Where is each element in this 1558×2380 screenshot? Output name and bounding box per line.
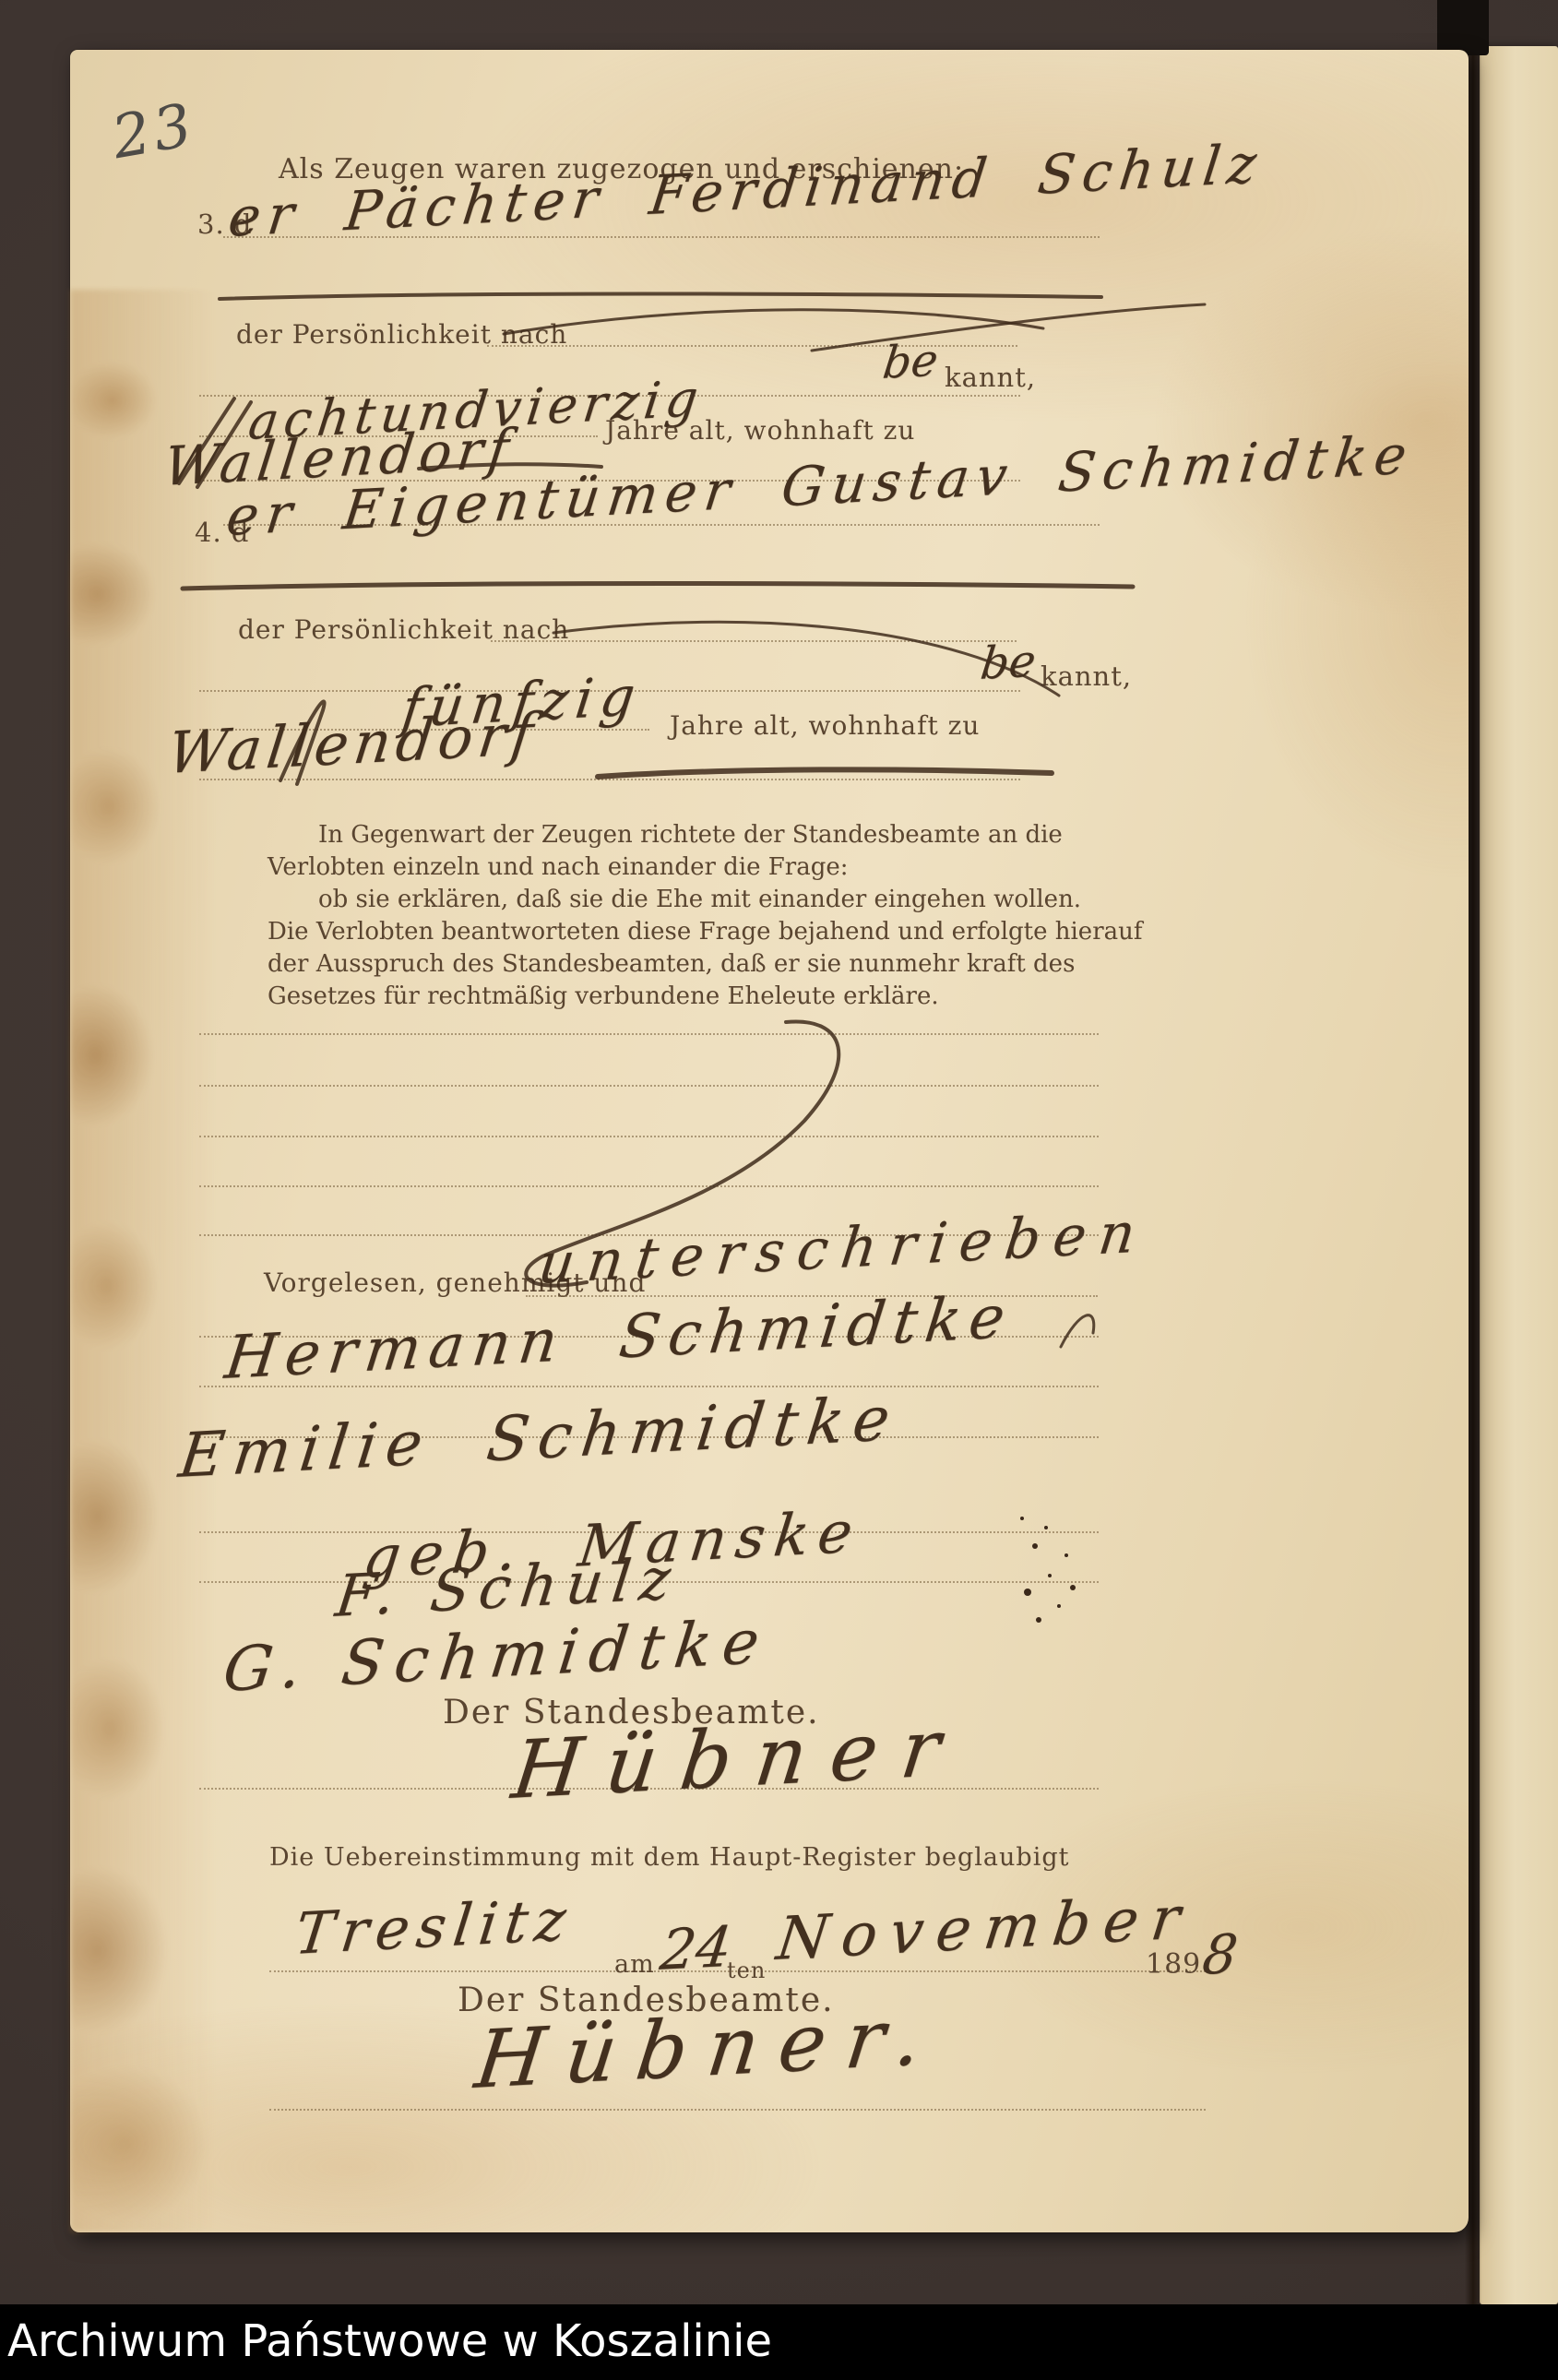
item3-entry-handwritten: er Pächter Ferdinand Schulz bbox=[225, 132, 1267, 249]
certification-year-handwritten: 8 bbox=[1199, 1922, 1241, 1987]
ruled-line bbox=[199, 1033, 1099, 1035]
ink-spatter bbox=[1020, 1517, 1024, 1520]
ink-flourish-strokes bbox=[70, 50, 1469, 2232]
certification-am-printed: am bbox=[614, 1950, 655, 1979]
adjacent-page-edge bbox=[1480, 46, 1558, 2304]
declaration-paragraph: In Gegenwart der Zeugen richtete der Sta… bbox=[268, 819, 1061, 1013]
ruled-line bbox=[199, 1136, 1099, 1137]
binding-clip bbox=[1437, 0, 1489, 55]
certification-ten-printed: ten bbox=[727, 1958, 766, 1983]
archive-bar-label: Archiwum Państwowe w Koszalinie bbox=[7, 2315, 772, 2367]
archival-scan: 23 Als Zeugen waren zugezogen und erschi… bbox=[0, 0, 1558, 2380]
ruled-line bbox=[491, 640, 1017, 642]
known-handwritten-2: be bbox=[978, 635, 1039, 690]
known-printed-1: kannt, bbox=[945, 362, 1036, 393]
declaration-line: In Gegenwart der Zeugen richtete der Sta… bbox=[268, 819, 1061, 851]
item4-residence-handwritten: Wallendorf bbox=[164, 699, 542, 787]
document-page: 23 Als Zeugen waren zugezogen und erschi… bbox=[70, 50, 1469, 2232]
known-handwritten-1: be bbox=[880, 334, 941, 389]
ruled-line bbox=[199, 1185, 1099, 1187]
declaration-line: Verlobten einzeln und nach einander die … bbox=[268, 851, 1061, 884]
archive-bar: Archiwum Państwowe w Koszalinie bbox=[0, 2304, 1558, 2380]
certification-day-handwritten: 24 bbox=[657, 1914, 735, 1983]
closing-handwritten: unterschrieben bbox=[535, 1200, 1151, 1297]
declaration-line: ob sie erklären, daß sie die Ehe mit ein… bbox=[268, 884, 1061, 916]
certification-note: Die Uebereinstimmung mit dem Haupt-Regis… bbox=[269, 1843, 1069, 1872]
declaration-line: Die Verlobten beantworteten diese Frage … bbox=[268, 916, 1061, 948]
certification-place-handwritten: Treslitz bbox=[291, 1886, 577, 1968]
known-printed-2: kannt, bbox=[1041, 660, 1132, 692]
certification-month-handwritten: November bbox=[773, 1884, 1196, 1974]
ruled-line bbox=[199, 1085, 1099, 1087]
signature-witness4: G. Schmidtke bbox=[220, 1605, 774, 1706]
declaration-line: der Ausspruch des Standesbeamten, daß er… bbox=[268, 948, 1061, 981]
certification-year-printed: 189 bbox=[1146, 1948, 1201, 1981]
page-number: 23 bbox=[107, 91, 200, 173]
age-suffix-2: Jahre alt, wohnhaft zu bbox=[670, 710, 980, 741]
ruled-line bbox=[199, 779, 1020, 780]
signature-groom: Hermann Schmidtke bbox=[221, 1283, 1017, 1393]
ruled-line bbox=[269, 2109, 1206, 2111]
burn-stain-left-edge bbox=[70, 290, 310, 2232]
age-suffix-1: Jahre alt, wohnhaft zu bbox=[605, 415, 915, 446]
signature-bride: Emilie Schmidtke bbox=[175, 1383, 903, 1492]
declaration-line: Gesetzes für rechtmäßig verbundene Ehele… bbox=[268, 981, 1061, 1013]
